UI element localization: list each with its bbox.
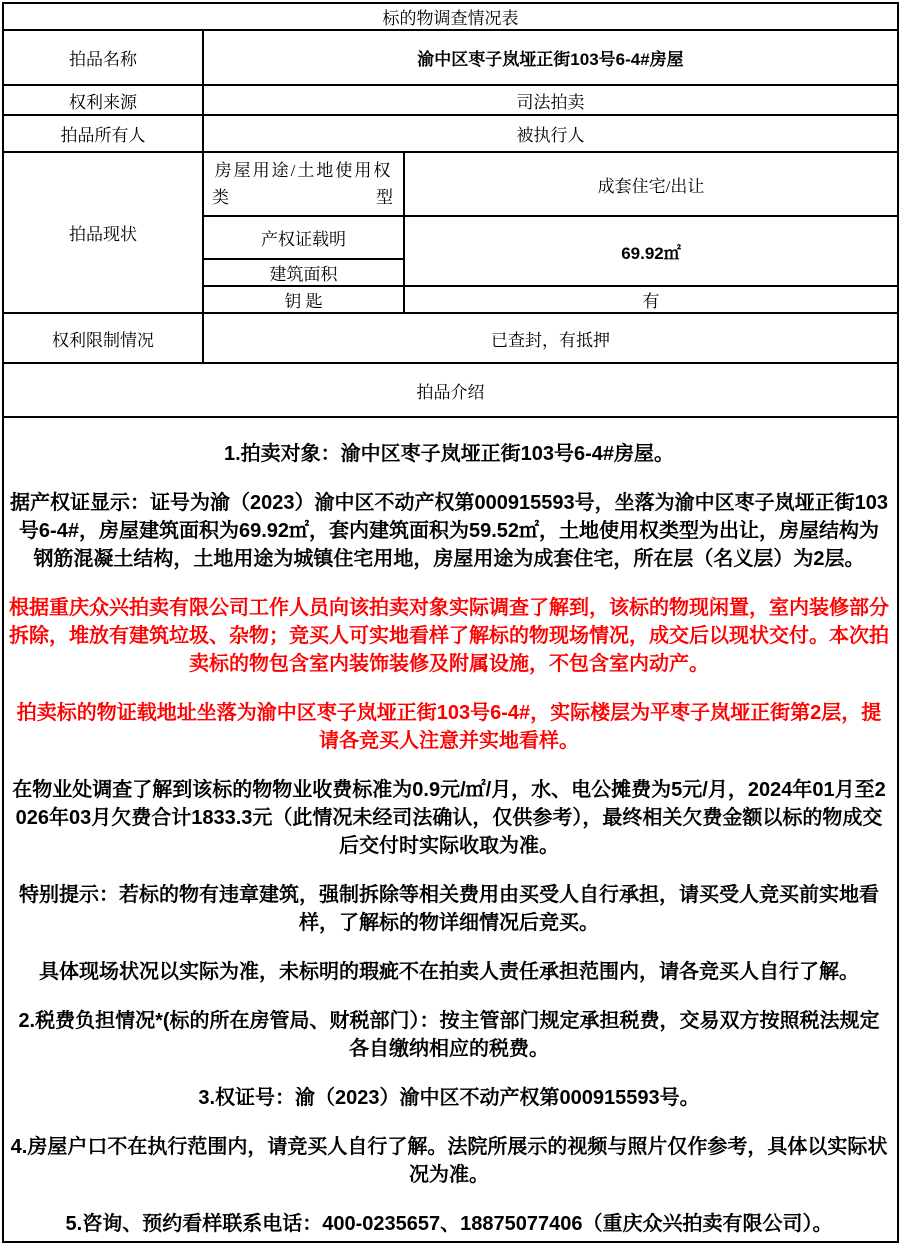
restriction-value: 已查封，有抵押: [203, 313, 898, 363]
intro-paragraph-site-disclaimer: 具体现场状况以实际为准，未标明的瑕疵不在拍卖人责任承担范围内，请各竞买人自行了解…: [9, 958, 889, 986]
key-label: 钥 匙: [203, 286, 404, 313]
intro-paragraph-certificate-details: 据产权证显示：证号为渝（2023）渝中区不动产权第000915593号，坐落为渝…: [9, 489, 889, 573]
intro-paragraph-tax-burden: 2.税费负担情况*(标的所在房管局、财税部门）：按主管部门规定承担税费，交易双方…: [9, 1007, 889, 1063]
usage-type-value: 成套住宅/出让: [404, 152, 898, 216]
certificate-area-value: 69.92㎡: [404, 216, 898, 286]
name-value: 渝中区枣子岚垭正街103号6-4#房屋: [203, 30, 898, 85]
intro-paragraph-certificate-number: 3.权证号：渝（2023）渝中区不动产权第000915593号。: [9, 1084, 889, 1112]
intro-paragraph-household-registration: 4.房屋户口不在执行范围内，请竞买人自行了解。法院所展示的视频与照片仅作参考，具…: [9, 1133, 889, 1189]
table-title: 标的物调查情况表: [3, 3, 898, 30]
status-label: 拍品现状: [3, 152, 203, 313]
intro-paragraph-address-note: 拍卖标的物证载地址坐落为渝中区枣子岚垭正街103号6-4#，实际楼层为平枣子岚垭…: [9, 699, 889, 755]
intro-body: 1.拍卖对象：渝中区枣子岚垭正街103号6-4#房屋。 据产权证显示：证号为渝（…: [3, 417, 898, 1242]
restriction-label: 权利限制情况: [3, 313, 203, 363]
subject-investigation-table: 标的物调查情况表 拍品名称 渝中区枣子岚垭正街103号6-4#房屋 权利来源 司…: [2, 2, 899, 1243]
intro-paragraph-special-notice: 特别提示：若标的物有违章建筑，强制拆除等相关费用由买受人自行承担，请买受人竞买前…: [9, 881, 889, 937]
owner-value: 被执行人: [203, 115, 898, 152]
certificate-label: 产权证载明: [203, 216, 404, 259]
building-area-label: 建筑面积: [203, 259, 404, 286]
source-label: 权利来源: [3, 85, 203, 115]
intro-paragraph-site-condition: 根据重庆众兴拍卖有限公司工作人员向该拍卖对象实际调查了解到，该标的物现闲置，室内…: [9, 594, 889, 678]
source-value: 司法拍卖: [203, 85, 898, 115]
owner-label: 拍品所有人: [3, 115, 203, 152]
intro-header: 拍品介绍: [3, 363, 898, 417]
intro-paragraph-auction-object: 1.拍卖对象：渝中区枣子岚垭正街103号6-4#房屋。: [9, 440, 889, 468]
usage-type-label: 房屋用途/土地使用权类型: [203, 152, 404, 216]
name-label: 拍品名称: [3, 30, 203, 85]
key-value: 有: [404, 286, 898, 313]
intro-paragraph-property-fees: 在物业处调查了解到该标的物物业收费标准为0.9元/㎡/月，水、电公摊费为5元/月…: [9, 776, 889, 860]
intro-paragraph-contact-phone: 5.咨询、预约看样联系电话：400-0235657、18875077406（重庆…: [9, 1210, 889, 1238]
